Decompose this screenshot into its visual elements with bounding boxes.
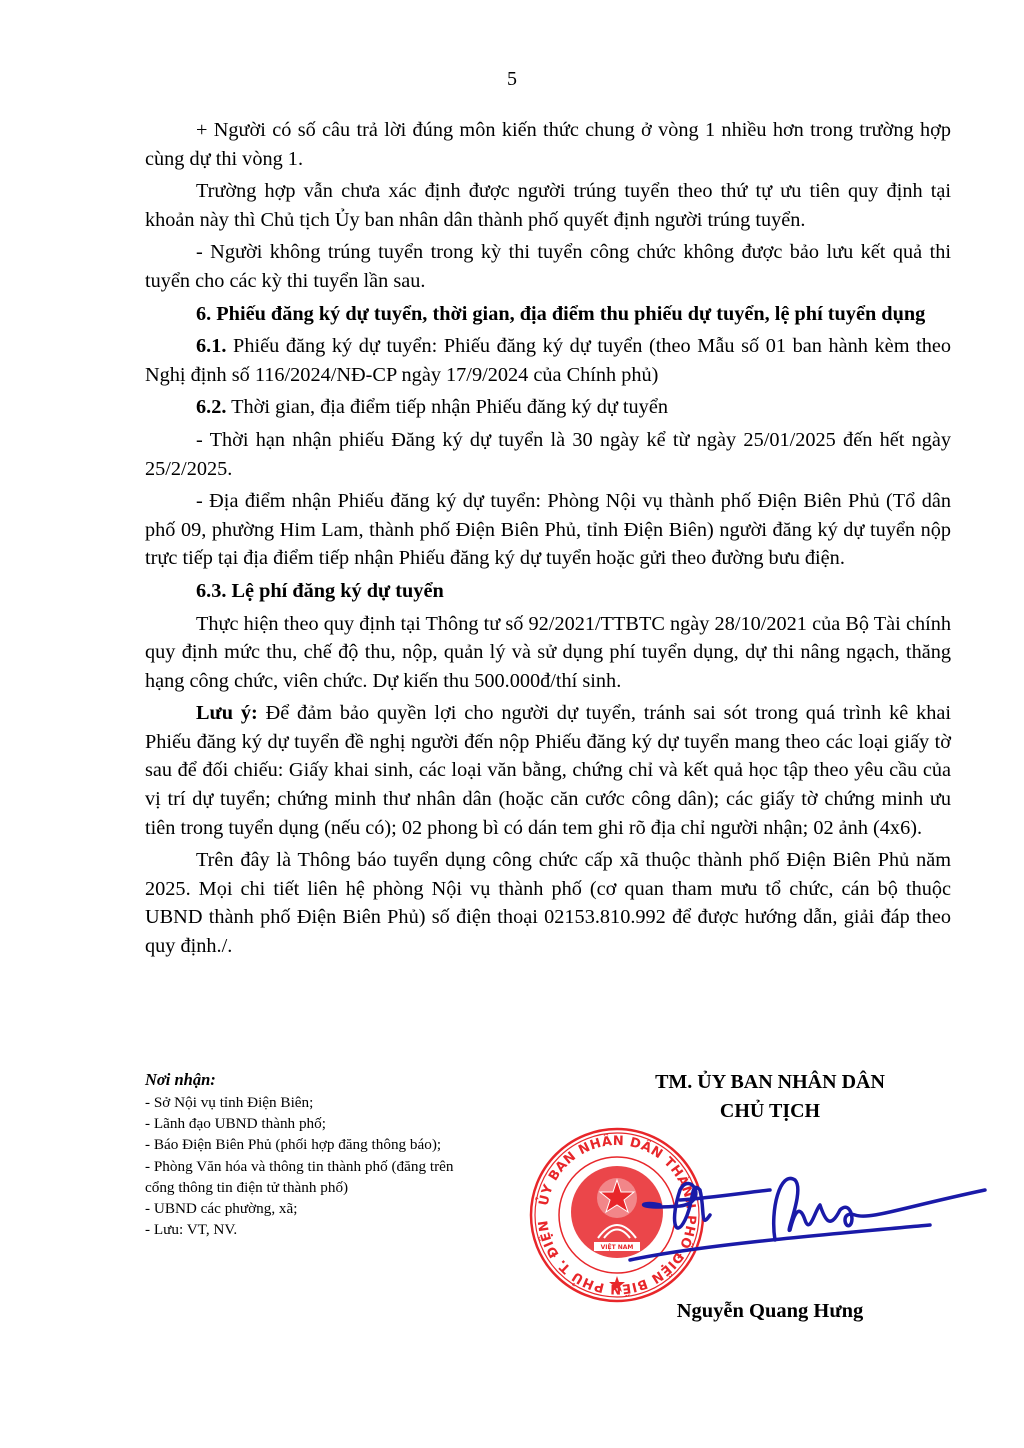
recipient-item: - Báo Điện Biên Phủ (phối hợp đăng thông… [145, 1134, 545, 1155]
on-behalf-title: TM. ỦY BAN NHÂN DÂN [570, 1068, 970, 1097]
document-body: + Người có số câu trả lời đúng môn kiến … [145, 116, 951, 965]
paragraph-tiebreak: + Người có số câu trả lời đúng môn kiến … [145, 116, 951, 173]
note-paragraph: Lưu ý: Để đảm bảo quyền lợi cho người dự… [145, 699, 951, 842]
paragraph-no-reservation: - Người không trúng tuyển trong kỳ thi t… [145, 238, 951, 295]
section-6-3-heading: 6.3. Lệ phí đăng ký dự tuyển [145, 577, 951, 606]
signature-icon [600, 1150, 990, 1270]
section-6-2: 6.2. Thời gian, địa điểm tiếp nhận Phiếu… [145, 393, 951, 422]
closing-paragraph: Trên đây là Thông báo tuyển dụng công ch… [145, 846, 951, 960]
section-6-1: 6.1. Phiếu đăng ký dự tuyển: Phiếu đăng … [145, 332, 951, 389]
section-6-heading: 6. Phiếu đăng ký dự tuyển, thời gian, đị… [145, 300, 951, 329]
paragraph-chairman-decision: Trường hợp vẫn chưa xác định được người … [145, 177, 951, 234]
recipient-item: - UBND các phường, xã; [145, 1198, 545, 1219]
recipients-block: Nơi nhận: - Sở Nội vụ tỉnh Điện Biên; - … [145, 1070, 545, 1240]
signer-position: CHỦ TỊCH [570, 1097, 970, 1126]
recipients-title: Nơi nhận: [145, 1070, 545, 1090]
recipient-item: - Phòng Văn hóa và thông tin thành phố (… [145, 1156, 545, 1177]
recipient-item: cổng thông tin điện tử thành phố) [145, 1177, 545, 1198]
signature-block: TM. ỦY BAN NHÂN DÂN CHỦ TỊCH [570, 1068, 970, 1126]
section-6-2-location: - Địa điểm nhận Phiếu đăng ký dự tuyển: … [145, 487, 951, 573]
section-6-2-deadline: - Thời hạn nhận phiếu Đăng ký dự tuyển l… [145, 426, 951, 483]
section-6-3-text: Thực hiện theo quy định tại Thông tư số … [145, 610, 951, 696]
signer-name: Nguyễn Quang Hưng [570, 1300, 970, 1323]
recipient-item: - Sở Nội vụ tỉnh Điện Biên; [145, 1092, 545, 1113]
page-number: 5 [0, 68, 1024, 91]
recipient-item: - Lưu: VT, NV. [145, 1219, 545, 1240]
recipient-item: - Lãnh đạo UBND thành phố; [145, 1113, 545, 1134]
